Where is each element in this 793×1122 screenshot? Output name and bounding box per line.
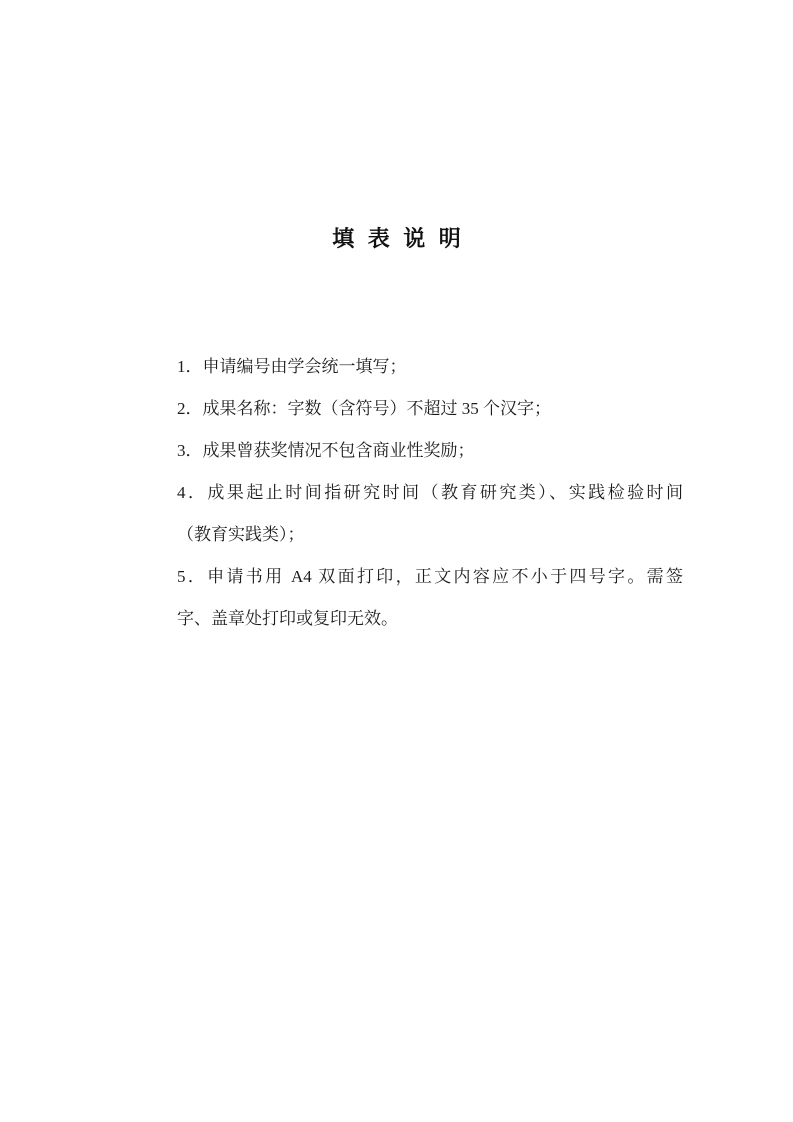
instruction-item-2: 2．成果名称：字数（含符号）不超过 35 个汉字； [177, 388, 683, 430]
instruction-item-5-line-1: 5．申请书用 A4 双面打印，正文内容应不小于四号字。需签 [177, 556, 683, 598]
document-title: 填 表 说 明 [0, 222, 793, 253]
instruction-item-1: 1．申请编号由学会统一填写； [177, 346, 683, 388]
instruction-item-4-line-1: 4．成果起止时间指研究时间（教育研究类）、实践检验时间 [177, 472, 683, 514]
instruction-item-3: 3．成果曾获奖情况不包含商业性奖励； [177, 430, 683, 472]
document-page: 填 表 说 明 1．申请编号由学会统一填写； 2．成果名称：字数（含符号）不超过… [0, 0, 793, 1122]
instruction-item-5-line-2: 字、盖章处打印或复印无效。 [177, 598, 683, 640]
instruction-item-4-line-2: （教育实践类）； [177, 514, 683, 556]
instructions-list: 1．申请编号由学会统一填写； 2．成果名称：字数（含符号）不超过 35 个汉字；… [177, 346, 683, 640]
